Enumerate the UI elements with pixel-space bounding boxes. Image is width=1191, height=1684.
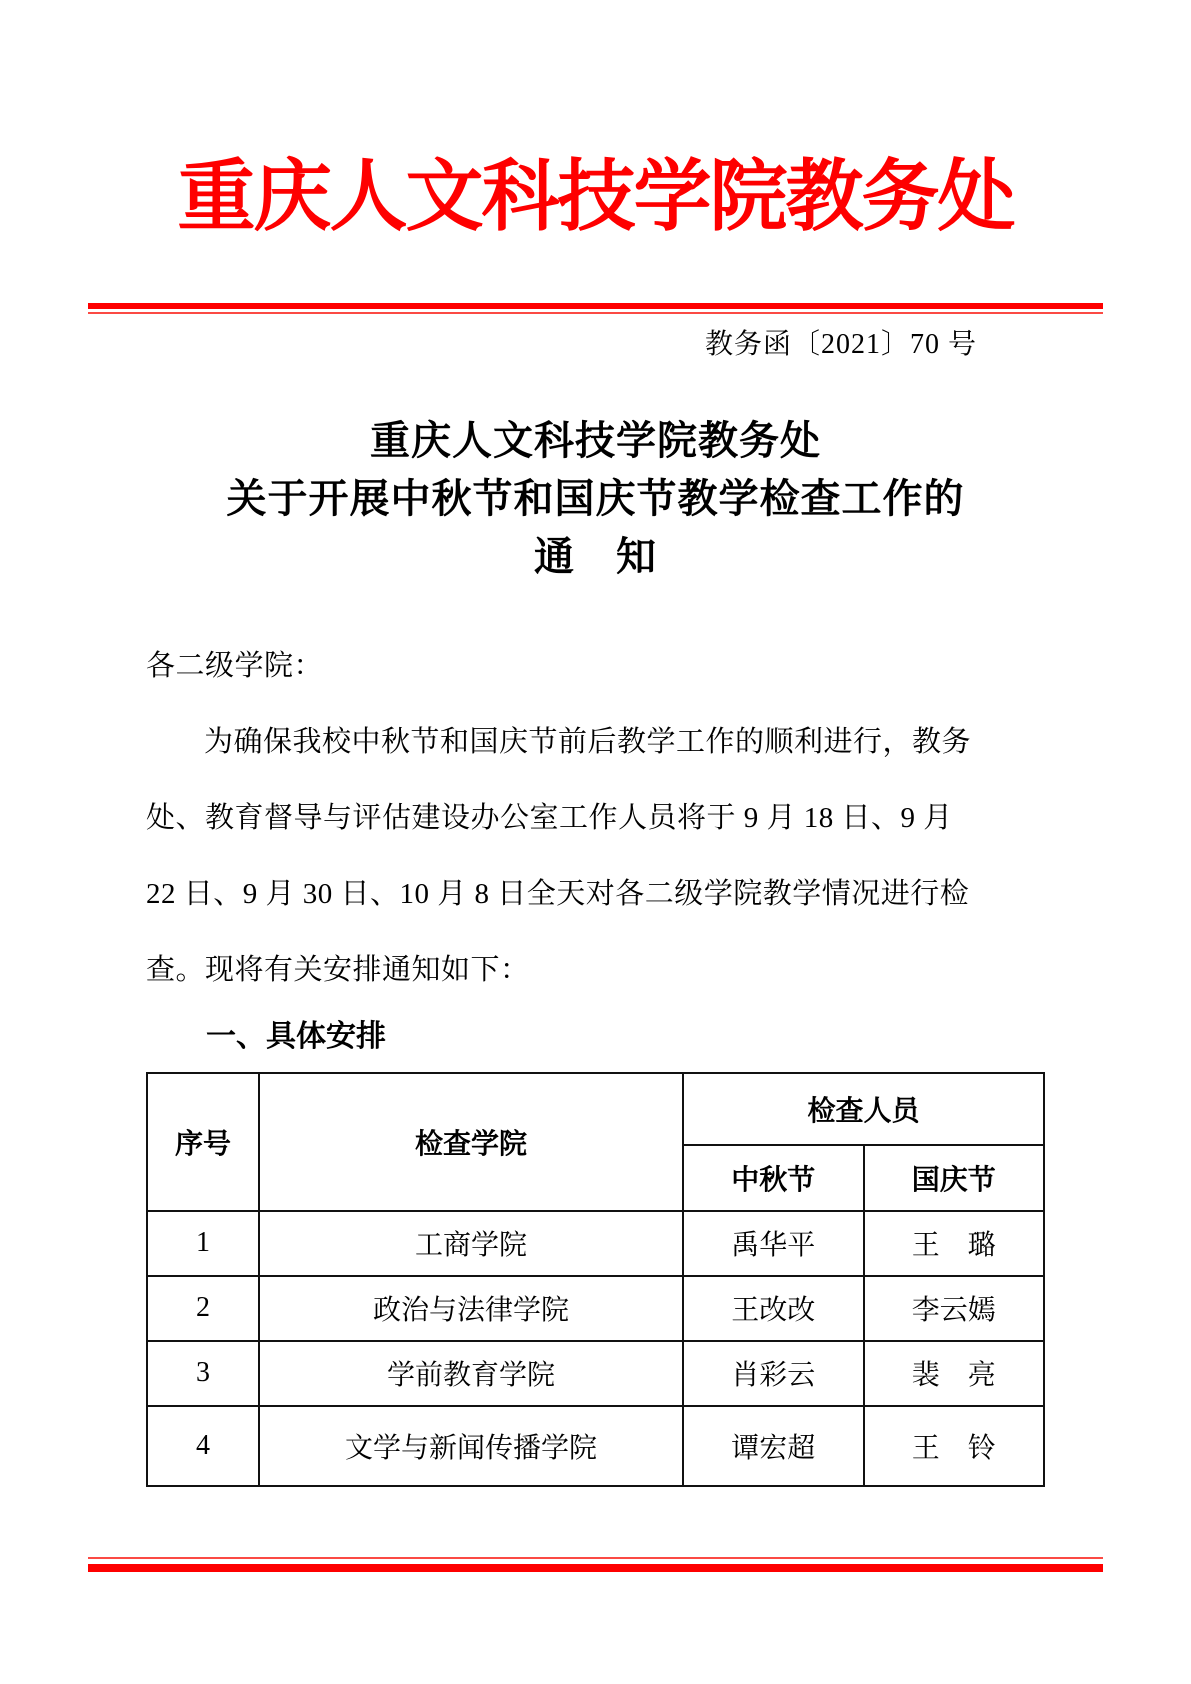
cell-national-inspector: 李云嫣 [864,1276,1045,1341]
document-page: 重庆人文科技学院教务处 教务函〔2021〕70 号 重庆人文科技学院教务处 关于… [0,0,1191,1684]
notice-body: 各二级学院： 为确保我校中秋节和国庆节前后教学工作的顺利进行，教务 处、教育督导… [146,628,1045,1008]
cell-no: 2 [147,1276,259,1341]
cell-no: 1 [147,1211,259,1276]
cell-midautumn-inspector: 王改改 [683,1276,864,1341]
cell-midautumn-inspector: 肖彩云 [683,1341,864,1406]
table-header-row: 序号 检查学院 检查人员 [147,1073,1044,1145]
cell-college: 文学与新闻传播学院 [259,1406,683,1486]
notice-title-line3: 通 知 [0,528,1191,586]
table-row: 1 工商学院 禹华平 王 璐 [147,1211,1044,1276]
paragraph-line: 22 日、9 月 30 日、10 月 8 日全天对各二级学院教学情况进行检 [146,856,1045,932]
cell-no: 3 [147,1341,259,1406]
cell-college: 工商学院 [259,1211,683,1276]
cell-national-inspector: 王 铃 [864,1406,1045,1486]
header-cell-national: 国庆节 [864,1145,1045,1211]
cell-college: 政治与法律学院 [259,1276,683,1341]
cell-midautumn-inspector: 禹华平 [683,1211,864,1276]
table-row: 2 政治与法律学院 王改改 李云嫣 [147,1276,1044,1341]
cell-national-inspector: 王 璐 [864,1211,1045,1276]
paragraph-line: 查。现将有关安排通知如下： [146,932,1045,1008]
paragraph-line: 为确保我校中秋节和国庆节前后教学工作的顺利进行，教务 [146,704,1045,780]
salutation: 各二级学院： [146,628,1045,704]
header-cell-midautumn: 中秋节 [683,1145,864,1211]
red-rule-thin [88,312,1103,314]
red-rule-thick [88,303,1103,309]
red-separator-bottom [88,1557,1103,1572]
notice-title-line1: 重庆人文科技学院教务处 [0,412,1191,470]
table-row: 4 文学与新闻传播学院 谭宏超 王 铃 [147,1406,1044,1486]
header-cell-inspectors: 检查人员 [683,1073,1044,1145]
masthead-title: 重庆人文科技学院教务处 [88,146,1103,249]
table-row: 3 学前教育学院 肖彩云 裴 亮 [147,1341,1044,1406]
paragraph-line: 处、教育督导与评估建设办公室工作人员将于 9 月 18 日、9 月 [146,780,1045,856]
document-number: 教务函〔2021〕70 号 [88,328,1103,362]
section-heading: 一、具体安排 [146,1008,1045,1066]
inspection-schedule-table: 序号 检查学院 检查人员 中秋节 国庆节 1 工商学院 禹华平 王 璐 2 政治… [146,1072,1045,1487]
notice-title: 重庆人文科技学院教务处 关于开展中秋节和国庆节教学检查工作的 通 知 [0,412,1191,586]
header-cell-no: 序号 [147,1073,259,1211]
red-separator-top [88,303,1103,314]
red-rule-thick [88,1564,1103,1572]
red-rule-thin [88,1557,1103,1559]
cell-college: 学前教育学院 [259,1341,683,1406]
cell-national-inspector: 裴 亮 [864,1341,1045,1406]
cell-midautumn-inspector: 谭宏超 [683,1406,864,1486]
notice-title-line2: 关于开展中秋节和国庆节教学检查工作的 [0,470,1191,528]
cell-no: 4 [147,1406,259,1486]
header-cell-college: 检查学院 [259,1073,683,1211]
